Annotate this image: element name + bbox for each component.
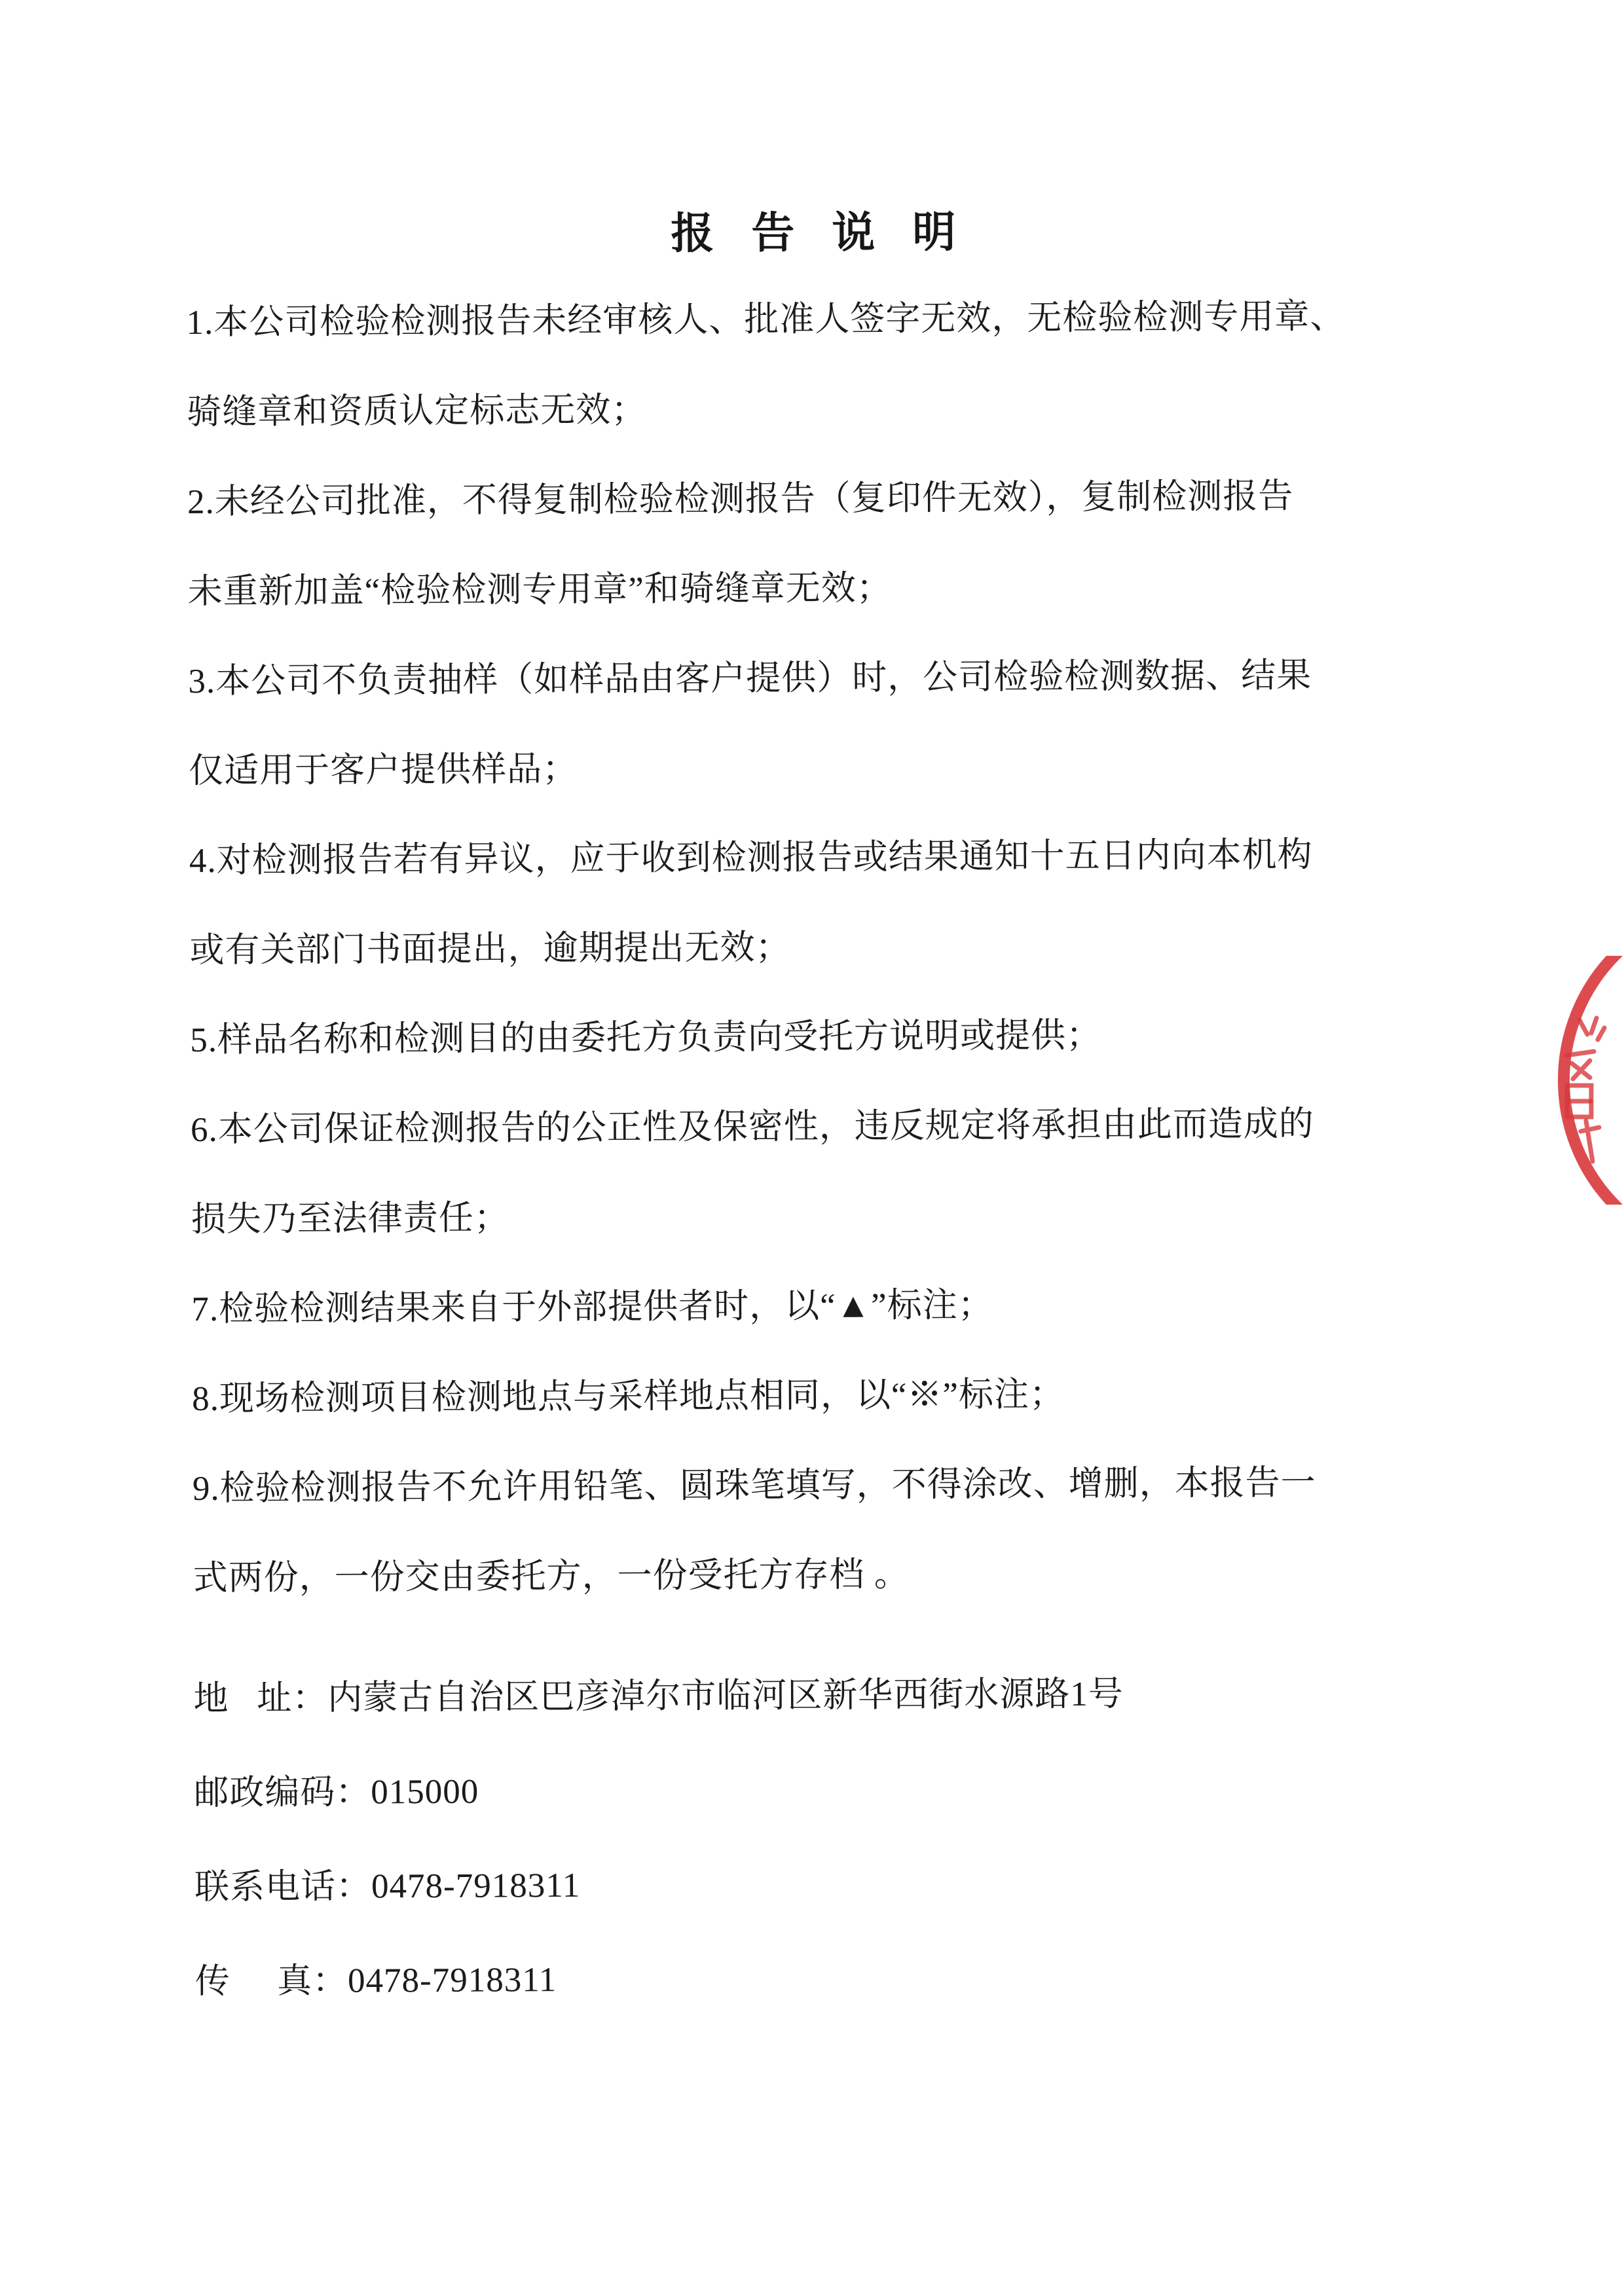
note-line: 仅适用于客户提供样品； [189, 720, 1492, 816]
postal-code-row: 邮政编码：015000 [194, 1740, 1498, 1840]
fax-value: 0478-7918311 [348, 1961, 557, 2000]
note-line: 式两份，一份交由委托方，一份受托方存档 。 [193, 1527, 1496, 1624]
note-line: 2.未经公司批准，不得复制检验检测报告（复印件无效），复制检测报告 [187, 451, 1491, 547]
note-line: 损失乃至法律责任； [191, 1169, 1494, 1265]
phone-row: 联系电话：0478-7918311 [194, 1834, 1498, 1935]
postal-code-value: 015000 [371, 1773, 479, 1812]
contact-section: 地 址：内蒙古自治区巴彦淖尔市临河区新华西街水源路1号 邮政编码：015000 … [193, 1645, 1498, 2029]
note-line: 6.本公司保证检测报告的公正性及保密性，违反规定将承担由此而造成的 [191, 1079, 1494, 1175]
address-label: 地 址： [193, 1679, 327, 1718]
note-line: 8.现场检测项目检测地点与采样地点相同，以“※”标注； [192, 1348, 1496, 1444]
address-row: 地 址：内蒙古自治区巴彦淖尔市临河区新华西街水源路1号 [193, 1645, 1497, 1746]
phone-label: 联系电话： [194, 1868, 371, 1906]
scanned-content: 报告说明 1.本公司检验检测报告未经审核人、批准人签字无效，无检验检测专用章、 … [0, 0, 1624, 2296]
note-line: 4.对检测报告若有异议，应于收到检测报告或结果通知十五日内向本机构 [189, 810, 1493, 906]
phone-value: 0478-7918311 [371, 1867, 580, 1906]
note-line: 未重新加盖“检验检测专用章”和骑缝章无效； [187, 541, 1491, 637]
address-value: 内蒙古自治区巴彦淖尔市临河区新华西街水源路1号 [327, 1675, 1124, 1717]
note-line: 1.本公司检验检测报告未经审核人、批准人签字无效，无检验检测专用章、 [186, 272, 1490, 368]
partial-red-seal-stamp [1545, 956, 1624, 1205]
note-line: 骑缝章和资质认定标志无效； [187, 361, 1490, 458]
note-line: 3.本公司不负责抽样（如样品由客户提供）时，公司检验检测数据、结果 [188, 630, 1492, 727]
fax-label: 传 真： [195, 1962, 348, 2001]
notes-section: 1.本公司检验检测报告未经审核人、批准人签字无效，无检验检测专用章、 骑缝章和资… [186, 272, 1496, 1624]
postal-code-label: 邮政编码： [194, 1774, 371, 1812]
note-line: 5.样品名称和检测目的由委托方负责向受托方说明或提供； [190, 989, 1494, 1085]
page-title: 报告说明 [1, 200, 1624, 268]
note-line: 7.检验检测结果来自于外部提供者时，以“▲”标注； [191, 1258, 1495, 1355]
fax-row: 传 真：0478-7918311 [194, 1928, 1498, 2029]
note-line: 9.检验检测报告不允许用铅笔、圆珠笔填写，不得涂改、增删，本报告一 [193, 1438, 1496, 1534]
report-notes-page: 报告说明 1.本公司检验检测报告未经审核人、批准人签字无效，无检验检测专用章、 … [0, 0, 1624, 2296]
note-line: 或有关部门书面提出，逾期提出无效； [189, 900, 1493, 996]
